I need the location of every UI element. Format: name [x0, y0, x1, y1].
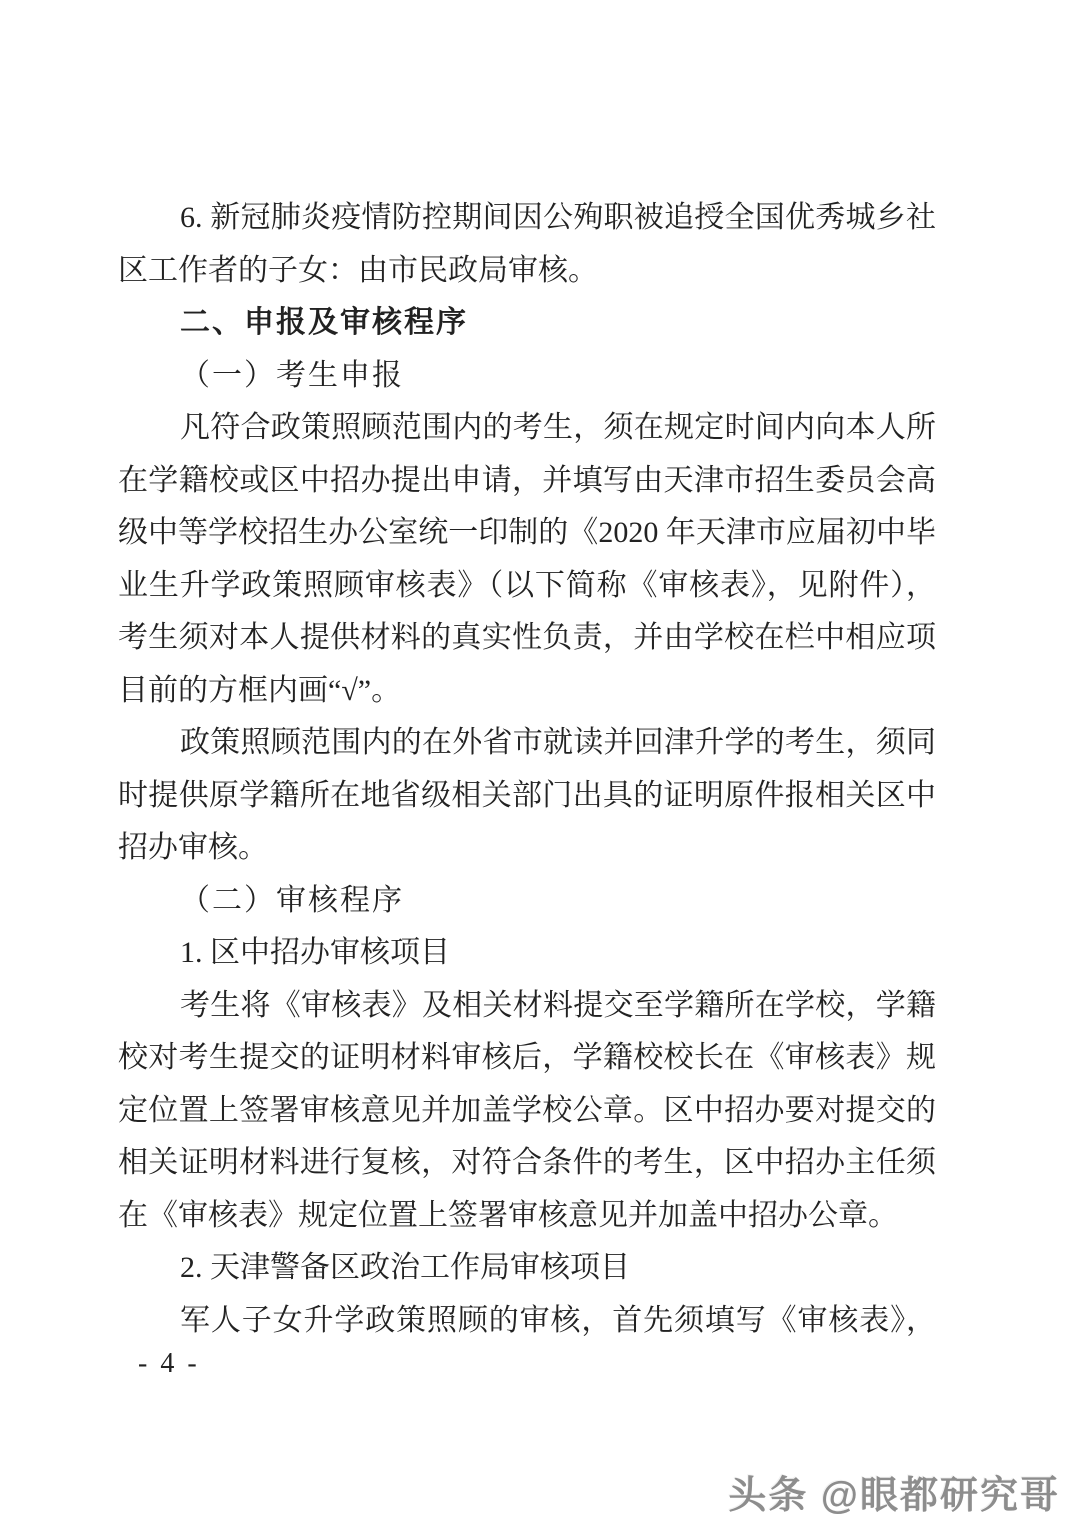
paragraph-declaration-procedure: 凡符合政策照顾范围内的考生，须在规定时间内向本人所在学籍校或区中招办提出申请，并…	[118, 402, 936, 717]
subsection-heading-two-review-procedure: （二）审核程序	[118, 875, 936, 928]
paragraph-district-review-detail: 考生将《审核表》及相关材料提交至学籍所在学校，学籍校对考生提交的证明材料审核后，…	[118, 980, 936, 1243]
paragraph-out-of-province-students: 政策照顾范围内的在外省市就读并回津升学的考生，须同时提供原学籍所在地省级相关部门…	[118, 717, 936, 875]
document-body: 6. 新冠肺炎疫情防控期间因公殉职被追授全国优秀城乡社区工作者的子女：由市民政局…	[118, 192, 936, 1347]
page-number: - 4 -	[138, 1348, 200, 1380]
numbered-item-1-district-review: 1. 区中招办审核项目	[118, 927, 936, 980]
section-heading-two: 二、申报及审核程序	[118, 297, 936, 350]
document-page: 6. 新冠肺炎疫情防控期间因公殉职被追授全国优秀城乡社区工作者的子女：由市民政局…	[0, 0, 1080, 1527]
watermark-toutiao: 头条 @眼都研究哥	[728, 1464, 1060, 1519]
numbered-item-2-garrison-review: 2. 天津警备区政治工作局审核项目	[118, 1242, 936, 1295]
subsection-heading-one-declaration: （一）考生申报	[118, 350, 936, 403]
paragraph-military-children-review: 军人子女升学政策照顾的审核，首先须填写《审核表》，	[118, 1295, 936, 1348]
list-item-6: 6. 新冠肺炎疫情防控期间因公殉职被追授全国优秀城乡社区工作者的子女：由市民政局…	[118, 192, 936, 297]
